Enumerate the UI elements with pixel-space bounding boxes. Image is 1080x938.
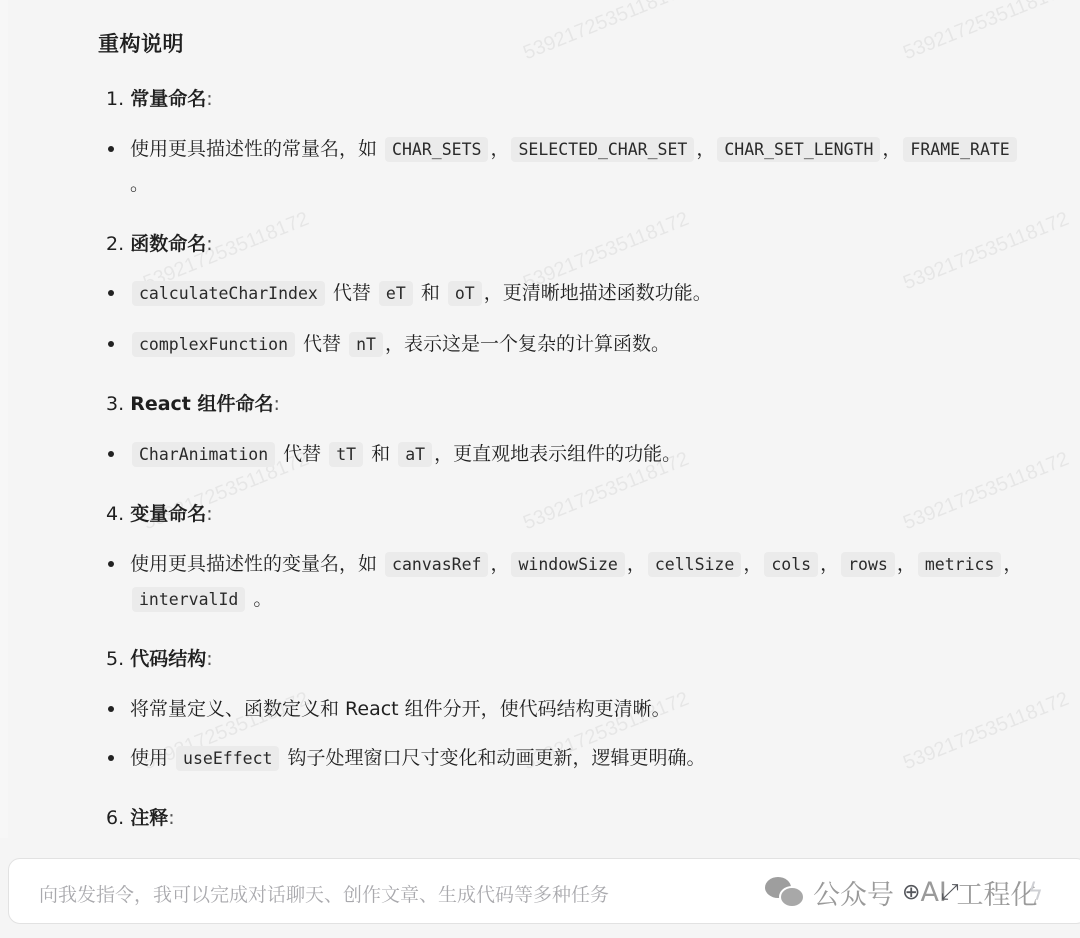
plus-circle-icon[interactable]: ⊕ [902,880,920,905]
chat-input[interactable]: 向我发指令，我可以完成对话聊天、创作文章、生成代码等多种任务 公众号 ⊕ AI … [8,858,1080,924]
wechat-icon [765,875,805,909]
numbered-item-3: 3. React 组件命名: [106,389,280,416]
text: ，更直观地表示组件的功能。 [434,443,681,465]
inline-code: cellSize [648,552,741,577]
assistant-message: 5392172535118172 5392172535118172 539217… [8,0,1080,838]
inline-code: canvasRef [385,552,488,577]
numbered-item-6: 6. 注释: [106,803,175,830]
inline-code: eT [379,281,413,306]
account-name-suffix: 工程化 [956,873,1037,912]
text: 使用更具描述性的常量名，如 [130,138,383,160]
text: ， [627,553,646,575]
inline-code: complexFunction [132,332,295,357]
bullet-dot [108,755,114,761]
inline-code: oT [448,281,482,306]
inline-code: SELECTED_CHAR_SET [511,137,694,162]
text: 代替 [327,282,377,304]
watermark: 5392172535118172 [900,0,1072,65]
bullet-dot [108,706,114,712]
inline-code: cols [764,552,818,577]
text: ， [490,138,509,160]
inline-code: tT [329,442,363,467]
inline-code: CHAR_SETS [385,137,488,162]
chat-input-placeholder: 向我发指令，我可以完成对话聊天、创作文章、生成代码等多种任务 [39,880,609,907]
text: ， [696,138,715,160]
section-heading: 重构说明 [98,28,184,58]
text: 代替 [277,443,327,465]
text: ，更清晰地描述函数功能。 [484,282,712,304]
bullet-item: 使用更具描述性的常量名，如 CHAR_SETS，SELECTED_CHAR_SE… [106,132,1030,202]
text: 使用更具描述性的变量名，如 [130,553,383,575]
inline-code: metrics [918,552,1002,577]
bullet-item: 将常量定义、函数定义和 React 组件分开，使代码结构更清晰。 [106,692,1030,727]
inline-code: FRAME_RATE [903,137,1016,162]
inline-code: CHAR_SET_LENGTH [717,137,880,162]
inline-code: windowSize [511,552,624,577]
input-bar: 向我发指令，我可以完成对话聊天、创作文章、生成代码等多种任务 公众号 ⊕ AI … [0,838,1080,938]
bullet-dot [108,341,114,347]
inline-code: nT [349,332,383,357]
text: ， [820,553,839,575]
text: ，表示这是一个复杂的计算函数。 [385,333,670,355]
bullet-item: CharAnimation 代替 tT 和 aT，更直观地表示组件的功能。 [106,437,1030,472]
text: ， [882,138,901,160]
text: 。 [130,173,149,195]
bullet-dot [108,290,114,296]
bullet-item: complexFunction 代替 nT，表示这是一个复杂的计算函数。 [106,327,1030,362]
text: ， [897,553,916,575]
text: ， [1003,553,1022,575]
text: 钩子处理窗口尺寸变化和动画更新，逻辑更明确。 [281,747,705,769]
text: 。 [247,588,272,610]
numbered-item-4: 4. 变量命名: [106,499,213,526]
numbered-item-1: 1. 常量命名: [106,84,213,111]
inline-code: intervalId [132,587,245,612]
bullet-item: 使用更具描述性的变量名，如 canvasRef，windowSize，cellS… [106,547,1030,617]
inline-code: CharAnimation [132,442,275,467]
wechat-label: 公众号 [813,873,894,912]
text: ， [743,553,762,575]
text: 将常量定义、函数定义和 React 组件分开，使代码结构更清晰。 [130,698,671,720]
inline-code: useEffect [176,746,279,771]
text: 和 [415,282,446,304]
bullet-item: calculateCharIndex 代替 eT 和 oT，更清晰地描述函数功能… [106,276,1030,311]
text: 和 [365,443,396,465]
wechat-account-overlay: 公众号 ⊕ AI ⤢ 工程化 ϟ [765,873,1043,911]
bullet-dot [108,146,114,152]
bullet-dot [108,451,114,457]
bolt-icon[interactable]: ϟ [1027,878,1043,906]
text: 代替 [297,333,347,355]
numbered-item-5: 5. 代码结构: [106,644,213,671]
numbered-item-2: 2. 函数命名: [106,229,213,256]
text: 使用 [130,747,174,769]
inline-code: aT [398,442,432,467]
text: ， [490,553,509,575]
bullet-dot [108,561,114,567]
bullet-item: 使用 useEffect 钩子处理窗口尺寸变化和动画更新，逻辑更明确。 [106,741,1030,776]
inline-code: rows [841,552,895,577]
inline-code: calculateCharIndex [132,281,325,306]
watermark: 5392172535118172 [520,0,692,65]
